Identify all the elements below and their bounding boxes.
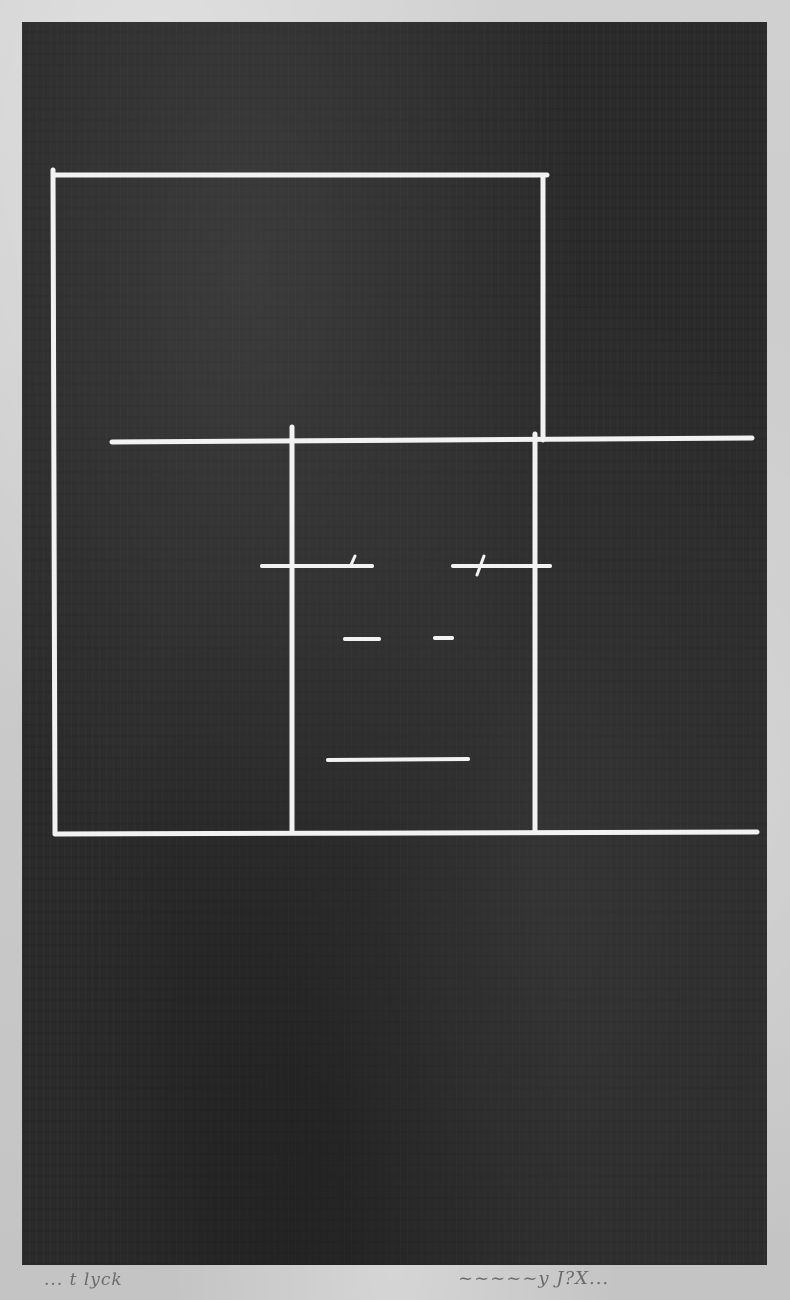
paper-background: ... t lyck ~~~~~y J?X... — [0, 0, 790, 1300]
artist-signature: ~~~~~y J?X... — [458, 1268, 609, 1289]
carved-lines — [22, 22, 767, 1265]
left-eyebrow-tick — [351, 556, 355, 565]
middle-horizontal-line — [112, 438, 752, 442]
mouth-line — [328, 759, 468, 760]
frame-left-line — [53, 170, 55, 834]
pencil-annotation-left: ... t lyck — [44, 1270, 123, 1290]
woodcut-ink-block — [22, 22, 767, 1265]
frame-bottom-line — [55, 832, 757, 834]
